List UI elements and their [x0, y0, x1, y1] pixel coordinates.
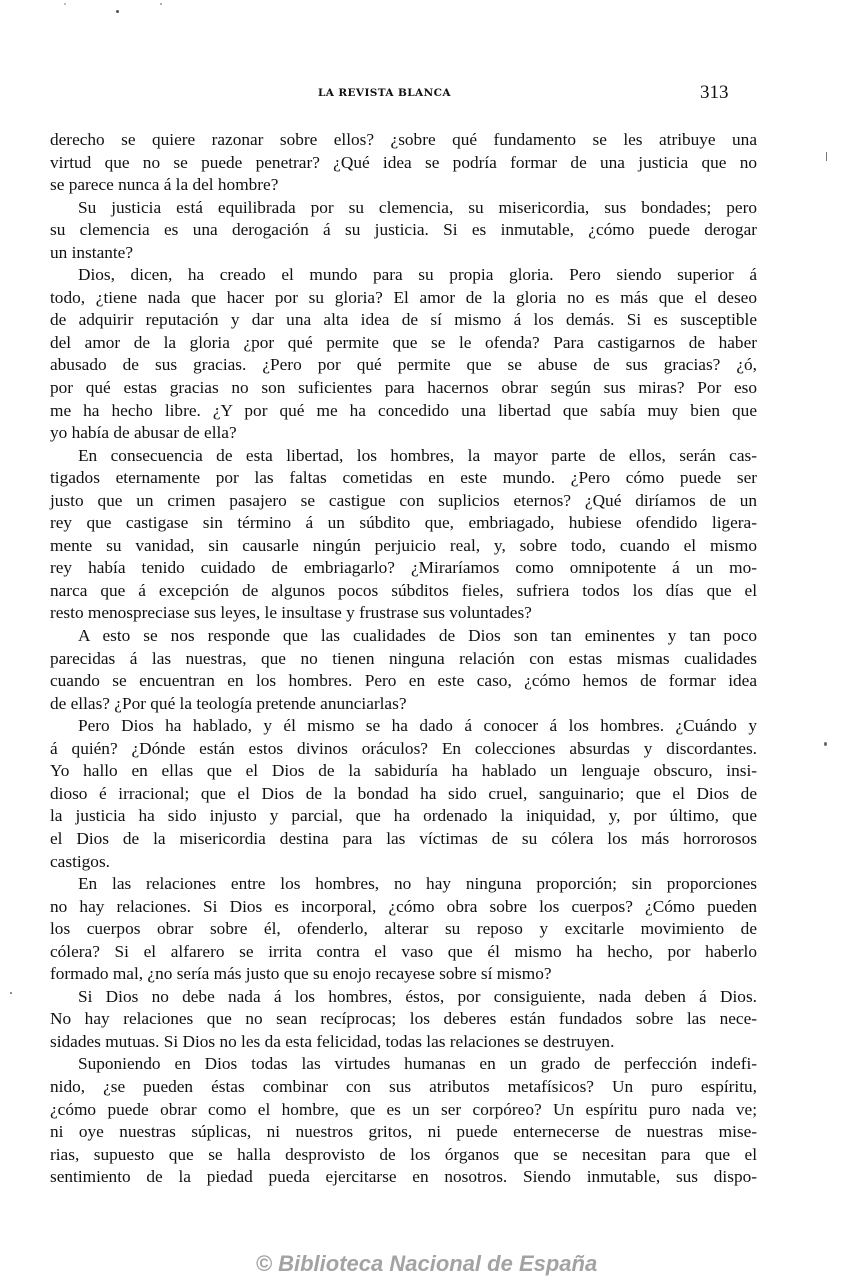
paragraph: Pero Dios ha hablado, y él mismo se ha d…	[50, 715, 757, 873]
text-line: virtud que no se puede penetrar? ¿Qué id…	[50, 152, 757, 175]
text-line: resto menospreciase sus leyes, le insult…	[50, 602, 757, 625]
text-line: los cuerpos obrar sobre él, ofenderlo, a…	[50, 918, 757, 941]
scan-speck	[10, 992, 12, 994]
text-line: formado mal, ¿no sería más justo que su …	[50, 963, 757, 986]
text-line: Pero Dios ha hablado, y él mismo se ha d…	[50, 715, 757, 738]
text-line: su clemencia es una derogación á su just…	[50, 219, 757, 242]
scan-speck	[826, 152, 827, 161]
text-line: justo que un crimen pasajero se castigue…	[50, 490, 757, 513]
text-line: la justicia ha sido injusto y parcial, q…	[50, 805, 757, 828]
text-line: Suponiendo en Dios todas las virtudes hu…	[50, 1053, 757, 1076]
text-line: me ha hecho libre. ¿Y por qué me ha conc…	[50, 400, 757, 423]
text-line: mente su vanidad, sin causarle ningún pe…	[50, 535, 757, 558]
text-line: En las relaciones entre los hombres, no …	[50, 873, 757, 896]
text-line: derecho se quiere razonar sobre ellos? ¿…	[50, 129, 757, 152]
text-line: por qué estas gracias no son suficientes…	[50, 377, 757, 400]
paragraph: Si Dios no debe nada á los hombres, ésto…	[50, 986, 757, 1054]
text-line: Su justicia está equilibrada por su clem…	[50, 197, 757, 220]
text-line: rey había tenido cuidado de embriagarlo?…	[50, 557, 757, 580]
body-text: derecho se quiere razonar sobre ellos? ¿…	[50, 129, 757, 1189]
text-line: No hay relaciones que no sean recíprocas…	[50, 1008, 757, 1031]
text-line: parecidas á las nuestras, que no tienen …	[50, 648, 757, 671]
text-line: abusado de sus gracias. ¿Pero por qué pe…	[50, 354, 757, 377]
page-number: 313	[700, 82, 729, 104]
text-line: de ellas? ¿Por qué la teología pretende …	[50, 693, 757, 716]
text-line: se parece nunca á la del hombre?	[50, 174, 757, 197]
text-line: rias, supuesto que se halla desprovisto …	[50, 1144, 757, 1167]
text-line: de adquirir reputación y dar una alta id…	[50, 309, 757, 332]
text-line: ni oye nuestras súplicas, ni nuestros gr…	[50, 1121, 757, 1144]
scanned-page: LA REVISTA BLANCA 313 derecho se quiere …	[0, 0, 853, 1280]
text-line: todo, ¿tiene nada que hacer por su glori…	[50, 287, 757, 310]
scan-speck	[64, 3, 66, 5]
text-line: sidades mutuas. Si Dios no les da esta f…	[50, 1031, 757, 1054]
text-line: un instante?	[50, 242, 757, 265]
text-line: En consecuencia de esta libertad, los ho…	[50, 445, 757, 468]
scan-speck	[160, 3, 162, 5]
text-line: ¿cómo puede obrar como el hombre, que es…	[50, 1099, 757, 1122]
scan-speck	[824, 742, 827, 746]
text-line: sentimiento de la piedad pueda ejercitar…	[50, 1166, 757, 1189]
text-line: Yo hallo en ellas que el Dios de la sabi…	[50, 760, 757, 783]
text-line: castigos.	[50, 851, 757, 874]
journal-title: LA REVISTA BLANCA	[318, 87, 451, 99]
paragraph: derecho se quiere razonar sobre ellos? ¿…	[50, 129, 757, 197]
text-line: del amor de la gloria ¿por qué permite q…	[50, 332, 757, 355]
text-line: rey que castigase sin término á un súbdi…	[50, 512, 757, 535]
text-line: Si Dios no debe nada á los hombres, ésto…	[50, 986, 757, 1009]
paragraph: A esto se nos responde que las cualidade…	[50, 625, 757, 715]
text-line: cuando se encuentran en los hombres. Per…	[50, 670, 757, 693]
text-line: narca que á excepción de algunos pocos s…	[50, 580, 757, 603]
running-header: LA REVISTA BLANCA 313	[0, 84, 853, 104]
paragraph: Dios, dicen, ha creado el mundo para su …	[50, 264, 757, 444]
text-line: yo había de abusar de ella?	[50, 422, 757, 445]
text-line: Dios, dicen, ha creado el mundo para su …	[50, 264, 757, 287]
paragraph: En consecuencia de esta libertad, los ho…	[50, 445, 757, 625]
text-line: á quién? ¿Dónde están estos divinos orác…	[50, 738, 757, 761]
paragraph: En las relaciones entre los hombres, no …	[50, 873, 757, 986]
text-line: cólera? Si el alfarero se irrita contra …	[50, 941, 757, 964]
text-line: no hay relaciones. Si Dios es incorporal…	[50, 896, 757, 919]
scan-speck	[116, 10, 119, 13]
text-line: tigados eternamente por las faltas comet…	[50, 467, 757, 490]
text-line: dioso é irracional; que el Dios de la bo…	[50, 783, 757, 806]
library-watermark: © Biblioteca Nacional de España	[0, 1251, 853, 1277]
text-line: el Dios de la misericordia destina para …	[50, 828, 757, 851]
text-line: nido, ¿se pueden éstas combinar con sus …	[50, 1076, 757, 1099]
paragraph: Suponiendo en Dios todas las virtudes hu…	[50, 1053, 757, 1188]
text-line: A esto se nos responde que las cualidade…	[50, 625, 757, 648]
paragraph: Su justicia está equilibrada por su clem…	[50, 197, 757, 265]
